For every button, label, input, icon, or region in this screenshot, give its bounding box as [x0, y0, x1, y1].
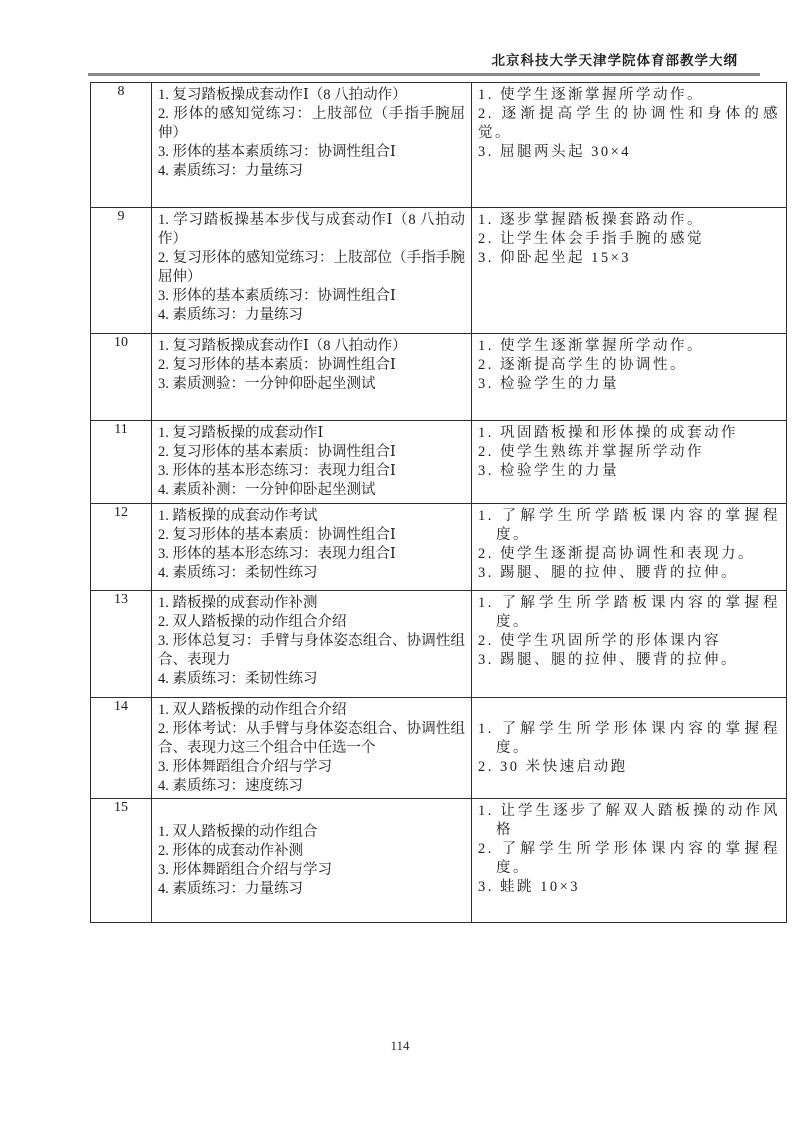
content-item: 4. 素质练习：力量练习 — [158, 162, 465, 181]
content-item: 4. 素质练习：柔韧性练习 — [158, 670, 465, 689]
goal-item: 1. 了解学生所学踏板课内容的掌握程度。 — [478, 507, 780, 545]
content-cell: 1. 复习踏板操成套动作Ⅰ（8 八拍动作）2. 形体的感知觉练习：上肢部位（手指… — [152, 83, 472, 208]
content-cell: 1. 复习踏板操的成套动作Ⅰ2. 复习形体的基本素质：协调性组合Ⅰ3. 形体的基… — [152, 421, 472, 504]
week-number: 12 — [91, 504, 152, 591]
content-item: 1. 双人踏板操的动作组合介绍 — [158, 701, 465, 720]
goals-cell: 1. 了解学生所学踏板课内容的掌握程度。2. 使学生巩固所学的形体课内容3. 踢… — [472, 591, 787, 698]
content-item: 3. 形体的基本形态练习：表现力组合Ⅰ — [158, 462, 465, 481]
content-item: 4. 素质练习：力量练习 — [158, 306, 465, 325]
content-item: 3. 素质测验：一分钟仰卧起坐测试 — [158, 375, 465, 394]
document-page: 北京科技大学天津学院体育部教学大纲 81. 复习踏板操成套动作Ⅰ（8 八拍动作）… — [0, 0, 800, 1131]
content-item: 3. 形体总复习：手臂与身体姿态组合、协调性组合、表现力 — [158, 632, 465, 670]
table-row: 91. 学习踏板操基本步伐与成套动作Ⅰ（8 八拍动作）2. 复习形体的感知觉练习… — [91, 208, 787, 334]
content-cell: 1. 复习踏板操成套动作Ⅰ（8 八拍动作）2. 复习形体的基本素质：协调性组合Ⅰ… — [152, 334, 472, 421]
goal-item: 3. 踢腿、腿的拉伸、腰背的拉伸。 — [478, 651, 780, 670]
table-row: 141. 双人踏板操的动作组合介绍2. 形体考试：从手臂与身体姿态组合、协调性组… — [91, 698, 787, 799]
goals-cell: 1. 使学生逐渐掌握所学动作。2. 逐渐提高学生的协调性。3. 检验学生的力量 — [472, 334, 787, 421]
goal-item: 3. 蛙跳 10×3 — [478, 878, 780, 897]
goals-cell: 1. 巩固踏板操和形体操的成套动作2. 使学生熟练并掌握所学动作3. 检验学生的… — [472, 421, 787, 504]
goal-item: 2. 使学生逐渐提高协调性和表现力。 — [478, 545, 780, 564]
goal-item: 1. 使学生逐渐掌握所学动作。 — [478, 86, 780, 105]
goal-item: 1. 了解学生所学踏板课内容的掌握程度。 — [478, 594, 780, 632]
content-item: 2. 形体的成套动作补测 — [158, 842, 465, 861]
content-item: 3. 形体舞蹈组合介绍与学习 — [158, 861, 465, 880]
goals-cell: 1. 了解学生所学踏板课内容的掌握程度。2. 使学生逐渐提高协调性和表现力。3.… — [472, 504, 787, 591]
week-number: 9 — [91, 208, 152, 334]
syllabus-table-body: 81. 复习踏板操成套动作Ⅰ（8 八拍动作）2. 形体的感知觉练习：上肢部位（手… — [91, 83, 787, 923]
goal-item: 3. 检验学生的力量 — [478, 375, 780, 394]
content-item: 4. 素质练习：柔韧性练习 — [158, 564, 465, 583]
page-footer: 114 — [0, 1038, 800, 1054]
goal-item: 1. 让学生逐步了解双人踏板操的动作风格 — [478, 802, 780, 840]
week-number: 15 — [91, 799, 152, 923]
content-cell: 1. 双人踏板操的动作组合2. 形体的成套动作补测3. 形体舞蹈组合介绍与学习4… — [152, 799, 472, 923]
content-item: 1. 复习踏板操成套动作Ⅰ（8 八拍动作） — [158, 337, 465, 356]
goal-item: 2. 使学生巩固所学的形体课内容 — [478, 632, 780, 651]
week-number: 10 — [91, 334, 152, 421]
table-row: 131. 踏板操的成套动作补测2. 双人踏板操的动作组合介绍3. 形体总复习：手… — [91, 591, 787, 698]
content-cell: 1. 双人踏板操的动作组合介绍2. 形体考试：从手臂与身体姿态组合、协调性组合、… — [152, 698, 472, 799]
goals-cell: 1. 逐步掌握踏板操套路动作。2. 让学生体会手指手腕的感觉3. 仰卧起坐起 1… — [472, 208, 787, 334]
content-item: 1. 学习踏板操基本步伐与成套动作Ⅰ（8 八拍动作） — [158, 211, 465, 249]
content-item: 4. 素质练习：速度练习 — [158, 777, 465, 796]
goal-item: 2. 逐渐提高学生的协调性。 — [478, 356, 780, 375]
content-item: 4. 素质补测：一分钟仰卧起坐测试 — [158, 481, 465, 500]
goals-cell: 1. 了解学生所学形体课内容的掌握程度。2. 30 米快速启动跑 — [472, 698, 787, 799]
content-item: 4. 素质练习：力量练习 — [158, 880, 465, 899]
table-row: 121. 踏板操的成套动作考试2. 复习形体的基本素质：协调性组合Ⅰ3. 形体的… — [91, 504, 787, 591]
content-item: 3. 形体舞蹈组合介绍与学习 — [158, 758, 465, 777]
goals-cell: 1. 使学生逐渐掌握所学动作。2. 逐渐提高学生的协调性和身体的感觉。3. 屈腿… — [472, 83, 787, 208]
content-cell: 1. 踏板操的成套动作考试2. 复习形体的基本素质：协调性组合Ⅰ3. 形体的基本… — [152, 504, 472, 591]
content-item: 1. 踏板操的成套动作补测 — [158, 594, 465, 613]
content-item: 1. 复习踏板操的成套动作Ⅰ — [158, 424, 465, 443]
syllabus-table: 81. 复习踏板操成套动作Ⅰ（8 八拍动作）2. 形体的感知觉练习：上肢部位（手… — [90, 82, 787, 923]
content-item: 1. 复习踏板操成套动作Ⅰ（8 八拍动作） — [158, 86, 465, 105]
content-cell: 1. 踏板操的成套动作补测2. 双人踏板操的动作组合介绍3. 形体总复习：手臂与… — [152, 591, 472, 698]
goal-item: 1. 使学生逐渐掌握所学动作。 — [478, 337, 780, 356]
table-row: 81. 复习踏板操成套动作Ⅰ（8 八拍动作）2. 形体的感知觉练习：上肢部位（手… — [91, 83, 787, 208]
content-item: 2. 复习形体的基本素质：协调性组合Ⅰ — [158, 356, 465, 375]
goal-item: 2. 使学生熟练并掌握所学动作 — [478, 443, 780, 462]
table-row: 111. 复习踏板操的成套动作Ⅰ2. 复习形体的基本素质：协调性组合Ⅰ3. 形体… — [91, 421, 787, 504]
week-number: 13 — [91, 591, 152, 698]
goal-item: 3. 屈腿两头起 30×4 — [478, 143, 780, 162]
content-item: 2. 形体考试：从手臂与身体姿态组合、协调性组合、表现力这三个组合中任选一个 — [158, 720, 465, 758]
header-title: 北京科技大学天津学院体育部教学大纲 — [492, 52, 761, 70]
content-item: 2. 形体的感知觉练习：上肢部位（手指手腕屈伸） — [158, 105, 465, 143]
goal-item: 3. 仰卧起坐起 15×3 — [478, 249, 780, 268]
week-number: 14 — [91, 698, 152, 799]
content-item: 2. 复习形体的感知觉练习：上肢部位（手指手腕屈伸） — [158, 249, 465, 287]
page-header: 北京科技大学天津学院体育部教学大纲 — [88, 52, 760, 76]
table-row: 101. 复习踏板操成套动作Ⅰ（8 八拍动作）2. 复习形体的基本素质：协调性组… — [91, 334, 787, 421]
content-cell: 1. 学习踏板操基本步伐与成套动作Ⅰ（8 八拍动作）2. 复习形体的感知觉练习：… — [152, 208, 472, 334]
goal-item: 3. 踢腿、腿的拉伸、腰背的拉伸。 — [478, 564, 780, 583]
content-item: 3. 形体的基本形态练习：表现力组合Ⅰ — [158, 545, 465, 564]
goal-item: 1. 巩固踏板操和形体操的成套动作 — [478, 424, 780, 443]
content-item: 3. 形体的基本素质练习：协调性组合Ⅰ — [158, 143, 465, 162]
content-item: 2. 双人踏板操的动作组合介绍 — [158, 613, 465, 632]
goal-item: 2. 30 米快速启动跑 — [478, 758, 780, 777]
table-row: 151. 双人踏板操的动作组合2. 形体的成套动作补测3. 形体舞蹈组合介绍与学… — [91, 799, 787, 923]
content-item: 1. 踏板操的成套动作考试 — [158, 507, 465, 526]
content-item: 3. 形体的基本素质练习：协调性组合Ⅰ — [158, 287, 465, 306]
content-item: 1. 双人踏板操的动作组合 — [158, 823, 465, 842]
goal-item: 1. 逐步掌握踏板操套路动作。 — [478, 211, 780, 230]
goal-item: 3. 检验学生的力量 — [478, 462, 780, 481]
goal-item: 2. 了解学生所学形体课内容的掌握程度。 — [478, 840, 780, 878]
week-number: 8 — [91, 83, 152, 208]
content-item: 2. 复习形体的基本素质：协调性组合Ⅰ — [158, 526, 465, 545]
goal-item: 1. 了解学生所学形体课内容的掌握程度。 — [478, 720, 780, 758]
content-item: 2. 复习形体的基本素质：协调性组合Ⅰ — [158, 443, 465, 462]
week-number: 11 — [91, 421, 152, 504]
goal-item: 2. 逐渐提高学生的协调性和身体的感觉。 — [478, 105, 780, 143]
goals-cell: 1. 让学生逐步了解双人踏板操的动作风格2. 了解学生所学形体课内容的掌握程度。… — [472, 799, 787, 923]
page-number: 114 — [390, 1038, 409, 1053]
goal-item: 2. 让学生体会手指手腕的感觉 — [478, 230, 780, 249]
